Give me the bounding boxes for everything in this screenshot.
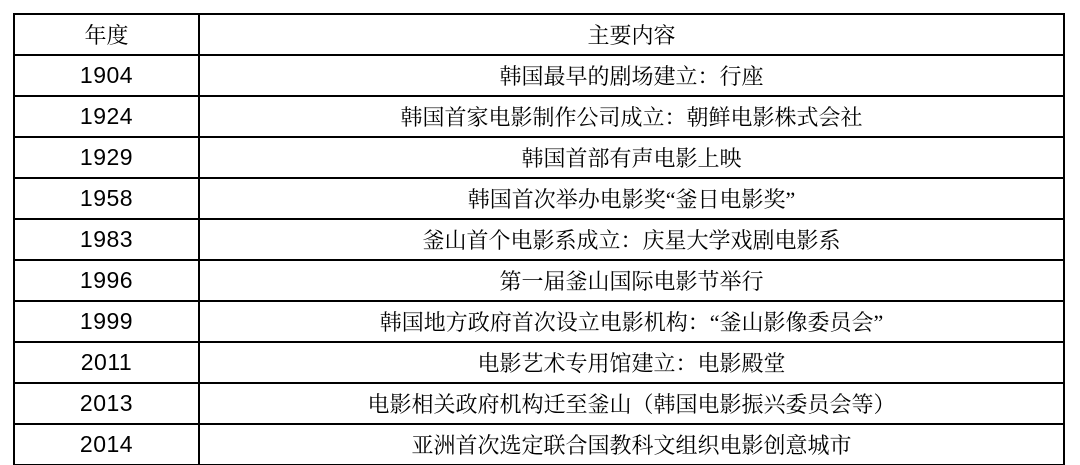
year-cell: 1929 [14, 137, 199, 178]
table-row: 2013电影相关政府机构迁至釜山（韩国电影振兴委员会等） [14, 383, 1064, 424]
table-row: 1924韩国首家电影制作公司成立：朝鲜电影株式会社 [14, 96, 1064, 137]
table-row: 1983釜山首个电影系成立：庆星大学戏剧电影系 [14, 219, 1064, 260]
table-row: 2011电影艺术专用馆建立：电影殿堂 [14, 342, 1064, 383]
year-cell: 1904 [14, 55, 199, 96]
year-cell: 2013 [14, 383, 199, 424]
timeline-table-container: 年度 主要内容 1904韩国最早的剧场建立：行座1924韩国首家电影制作公司成立… [13, 13, 1065, 450]
content-cell: 第一届釜山国际电影节举行 [199, 260, 1064, 301]
year-cell: 1924 [14, 96, 199, 137]
year-cell: 2011 [14, 342, 199, 383]
content-cell: 亚洲首次选定联合国教科文组织电影创意城市 [199, 424, 1064, 465]
content-cell: 韩国首部有声电影上映 [199, 137, 1064, 178]
content-cell: 韩国最早的剧场建立：行座 [199, 55, 1064, 96]
table-row: 2014亚洲首次选定联合国教科文组织电影创意城市 [14, 424, 1064, 465]
table-row: 1958韩国首次举办电影奖“釜日电影奖” [14, 178, 1064, 219]
column-header-content: 主要内容 [199, 14, 1064, 55]
table-row: 1996第一届釜山国际电影节举行 [14, 260, 1064, 301]
content-cell: 韩国首次举办电影奖“釜日电影奖” [199, 178, 1064, 219]
content-cell: 釜山首个电影系成立：庆星大学戏剧电影系 [199, 219, 1064, 260]
year-cell: 1999 [14, 301, 199, 342]
year-cell: 1958 [14, 178, 199, 219]
content-cell: 韩国地方政府首次设立电影机构：“釜山影像委员会” [199, 301, 1064, 342]
content-cell: 韩国首家电影制作公司成立：朝鲜电影株式会社 [199, 96, 1064, 137]
content-cell: 电影相关政府机构迁至釜山（韩国电影振兴委员会等） [199, 383, 1064, 424]
header-row: 年度 主要内容 [14, 14, 1064, 55]
year-cell: 2014 [14, 424, 199, 465]
table-row: 1929韩国首部有声电影上映 [14, 137, 1064, 178]
content-cell: 电影艺术专用馆建立：电影殿堂 [199, 342, 1064, 383]
year-cell: 1996 [14, 260, 199, 301]
table-body: 1904韩国最早的剧场建立：行座1924韩国首家电影制作公司成立：朝鲜电影株式会… [14, 55, 1064, 465]
timeline-table: 年度 主要内容 1904韩国最早的剧场建立：行座1924韩国首家电影制作公司成立… [13, 13, 1065, 465]
column-header-year: 年度 [14, 14, 199, 55]
year-cell: 1983 [14, 219, 199, 260]
table-row: 1999韩国地方政府首次设立电影机构：“釜山影像委员会” [14, 301, 1064, 342]
table-row: 1904韩国最早的剧场建立：行座 [14, 55, 1064, 96]
